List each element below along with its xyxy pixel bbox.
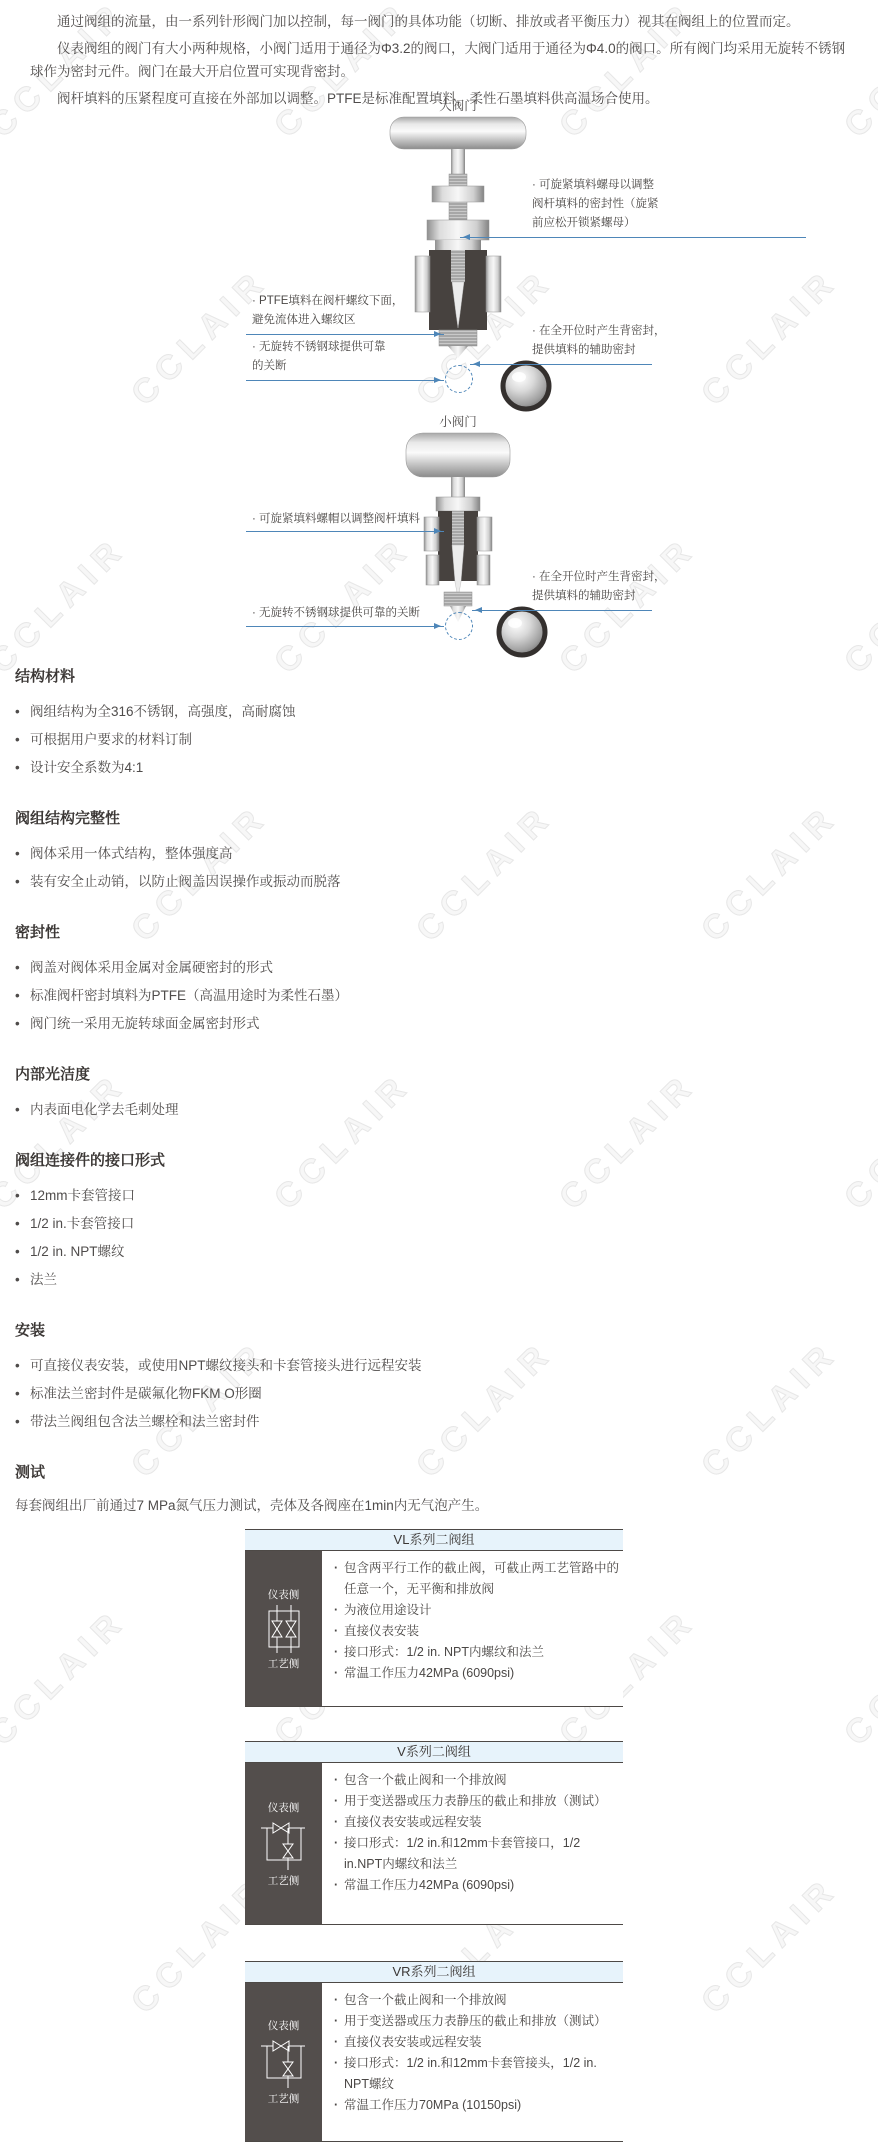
section-list-integrity: 阀体采用一体式结构，整体强度高 装有安全止动销，以防止阀盖因误操作或振动而脱落 (15, 840, 735, 896)
list-item: 直接仪表安装 (332, 1621, 619, 1642)
schematic-label-process-side: 工艺侧 (268, 2091, 300, 2106)
section-title-sealing: 密封性 (15, 924, 735, 942)
section-title-test: 测试 (15, 1464, 735, 1482)
list-item: 用于变送器或压力表静压的截止和排放（测试） (332, 2011, 619, 2032)
block-bleed-valve-schematic-icon (261, 1818, 307, 1870)
catalog-page: CCLAIRCCLAIRCCLAIRCCLAIRCCLAIRCCLAIRCCLA… (0, 0, 878, 2151)
list-item: 可根据用户要求的材料订制 (15, 726, 735, 754)
block-bleed-valve-schematic-icon (261, 2036, 307, 2088)
list-item: 设计安全系数为4:1 (15, 754, 735, 782)
leader-line-ball (246, 380, 444, 381)
large-valve-annotation-ball: 无旋转不锈钢球提供可靠的关断 (252, 338, 386, 376)
section-title-connections: 阀组连接件的接口形式 (15, 1152, 735, 1170)
series-table-vl: VL系列二阀组 仪表侧 工艺侧 包含两 (245, 1529, 623, 1707)
leader-line-backseat (470, 364, 652, 365)
leader-line-ptfe (246, 334, 444, 335)
test-description: 每套阀组出厂前通过7 MPa氮气压力测试，壳体及各阀座在1min内无气泡产生。 (15, 1494, 735, 1518)
schematic-label-instrument-side: 仪表侧 (268, 1587, 300, 1602)
intro-paragraph-2: 仪表阀组的阀门有大小两种规格，小阀门适用于通径为Φ3.2的阀口，大阀门适用于通径… (30, 37, 850, 83)
schematic-label-instrument-side: 仪表侧 (268, 2018, 300, 2033)
watermark-text: CCLAIR (0, 1601, 134, 1753)
list-item: 内表面电化学去毛刺处理 (15, 1096, 735, 1124)
list-item: 接口形式：1/2 in.和12mm卡套管接头，1/2 in. NPT螺纹 (332, 2053, 619, 2095)
large-valve-annotation-packing: 可旋紧填料螺母以调整阀杆填料的密封性（旋紧前应松开锁紧螺母） (532, 176, 664, 233)
series-vr-feature-list: 包含一个截止阀和一个排放阀 用于变送器或压力表静压的截止和排放（测试） 直接仪表… (322, 1983, 623, 2141)
small-valve-annotation-backseat: 在全开位时产生背密封，提供填料的辅助密封 (532, 568, 674, 606)
list-item: 常温工作压力70MPa (10150psi) (332, 2095, 619, 2116)
list-item: 包含一个截止阀和一个排放阀 (332, 1770, 619, 1791)
small-valve-ball-callout-circle (445, 612, 473, 640)
series-vl-feature-list: 包含两平行工作的截止阀，可截止两工艺管路中的任意一个，无平衡和排放阀 为液位用途… (322, 1551, 623, 1706)
list-item: 可直接仪表安装，或使用NPT螺纹接头和卡套管接头进行远程安装 (15, 1352, 735, 1380)
section-title-installation: 安装 (15, 1322, 735, 1340)
schematic-box-vr: 仪表侧 工艺侧 (245, 1983, 322, 2141)
small-valve-illustration (400, 432, 516, 628)
schematic-box-v: 仪表侧 工艺侧 (245, 1763, 322, 1924)
small-valve-title: 小阀门 (400, 412, 516, 430)
series-table-v: V系列二阀组 仪表侧 工艺侧 包含一个 (245, 1741, 623, 1925)
list-item: 阀体采用一体式结构，整体强度高 (15, 840, 735, 868)
list-item: 法兰 (15, 1266, 735, 1294)
watermark-text: CCLAIR (694, 261, 846, 413)
watermark-text: CCLAIR (694, 1869, 846, 2021)
large-valve-annotation-ptfe: PTFE填料在阀杆螺纹下面，避免流体进入螺纹区 (252, 292, 404, 330)
series-table-vl-title: VL系列二阀组 (245, 1529, 623, 1551)
large-valve-ball-detail (500, 360, 552, 412)
large-valve-ball-callout-circle (445, 365, 473, 393)
section-title-finish: 内部光洁度 (15, 1066, 735, 1084)
leader-line-packing (460, 237, 806, 238)
watermark-text: CCLAIR (837, 1601, 878, 1753)
section-list-installation: 可直接仪表安装，或使用NPT螺纹接头和卡套管接头进行远程安装 标准法兰密封件是碳… (15, 1352, 735, 1436)
list-item: 标准法兰密封件是碳氟化物FKM O形圈 (15, 1380, 735, 1408)
list-item: 阀组结构为全316不锈钢，高强度，高耐腐蚀 (15, 698, 735, 726)
section-list-finish: 内表面电化学去毛刺处理 (15, 1096, 735, 1124)
list-item: 为液位用途设计 (332, 1600, 619, 1621)
list-item: 1/2 in.卡套管接口 (15, 1210, 735, 1238)
schematic-label-instrument-side: 仪表侧 (268, 1800, 300, 1815)
section-title-integrity: 阀组结构完整性 (15, 810, 735, 828)
schematic-label-process-side: 工艺侧 (268, 1656, 300, 1671)
section-list-connections: 12mm卡套管接口 1/2 in.卡套管接口 1/2 in. NPT螺纹 法兰 (15, 1182, 735, 1294)
list-item: 标准阀杆密封填料为PTFE（高温用途时为柔性石墨） (15, 982, 735, 1010)
large-valve-title: 大阀门 (388, 96, 528, 114)
watermark-text: CCLAIR (837, 529, 878, 681)
list-item: 12mm卡套管接口 (15, 1182, 735, 1210)
schematic-label-process-side: 工艺侧 (268, 1873, 300, 1888)
list-item: 包含一个截止阀和一个排放阀 (332, 1990, 619, 2011)
small-valve-annotation-ball: 无旋转不锈钢球提供可靠的关断 (252, 604, 532, 623)
intro-paragraph-1: 通过阀组的流量，由一系列针形阀门加以控制，每一阀门的具体功能（切断、排放或者平衡… (30, 10, 850, 33)
list-item: 接口形式：1/2 in.和12mm卡套管接口，1/2 in.NPT内螺纹和法兰 (332, 1833, 619, 1875)
list-item: 阀盖对阀体采用金属对金属硬密封的形式 (15, 954, 735, 982)
list-item: 直接仪表安装或远程安装 (332, 2032, 619, 2053)
leader-line-sm-packing (246, 531, 444, 532)
small-valve-annotation-packing: 可旋紧填料螺帽以调整阀杆填料 (252, 510, 532, 529)
list-item: 带法兰阀组包含法兰螺栓和法兰密封件 (15, 1408, 735, 1436)
list-item: 直接仪表安装或远程安装 (332, 1812, 619, 1833)
leader-line-sm-ball (246, 626, 444, 627)
section-title-materials: 结构材料 (15, 668, 735, 686)
list-item: 阀门统一采用无旋转球面金属密封形式 (15, 1010, 735, 1038)
section-list-sealing: 阀盖对阀体采用金属对金属硬密封的形式 标准阀杆密封填料为PTFE（高温用途时为柔… (15, 954, 735, 1038)
schematic-box-vl: 仪表侧 工艺侧 (245, 1551, 322, 1706)
section-list-materials: 阀组结构为全316不锈钢，高强度，高耐腐蚀 可根据用户要求的材料订制 设计安全系… (15, 698, 735, 782)
watermark-text: CCLAIR (837, 1065, 878, 1217)
list-item: 装有安全止动销，以防止阀盖因误操作或振动而脱落 (15, 868, 735, 896)
large-valve-annotation-backseat: 在全开位时产生背密封，提供填料的辅助密封 (532, 322, 674, 360)
list-item: 接口形式：1/2 in. NPT内螺纹和法兰 (332, 1642, 619, 1663)
list-item: 用于变送器或压力表静压的截止和排放（测试） (332, 1791, 619, 1812)
list-item: 1/2 in. NPT螺纹 (15, 1238, 735, 1266)
series-table-vr: VR系列二阀组 仪表侧 工艺侧 包含一 (245, 1961, 623, 2142)
series-table-v-title: V系列二阀组 (245, 1741, 623, 1763)
double-block-valve-schematic-icon (261, 1605, 307, 1653)
feature-sections: 结构材料 阀组结构为全316不锈钢，高强度，高耐腐蚀 可根据用户要求的材料订制 … (15, 640, 735, 1518)
series-table-vr-title: VR系列二阀组 (245, 1961, 623, 1983)
list-item: 常温工作压力42MPa (6090psi) (332, 1875, 619, 1896)
list-item: 包含两平行工作的截止阀，可截止两工艺管路中的任意一个，无平衡和排放阀 (332, 1558, 619, 1600)
list-item: 常温工作压力42MPa (6090psi) (332, 1663, 619, 1684)
series-v-feature-list: 包含一个截止阀和一个排放阀 用于变送器或压力表静压的截止和排放（测试） 直接仪表… (322, 1763, 623, 1924)
